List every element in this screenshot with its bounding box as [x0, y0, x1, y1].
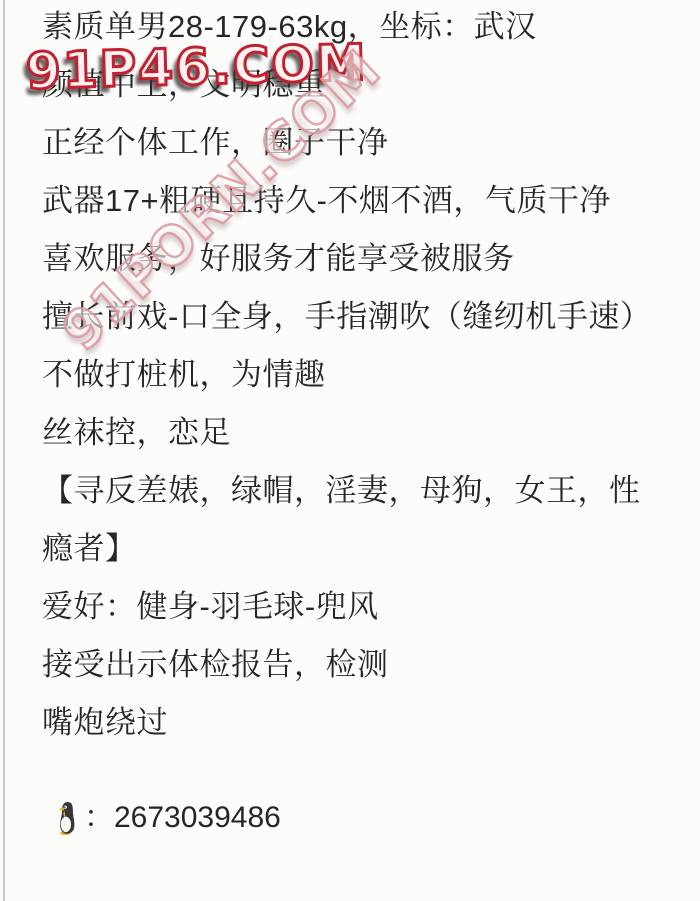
qq-separator: ：: [84, 791, 114, 845]
profile-line: 爱好：健身-羽毛球-兜风: [42, 580, 680, 634]
profile-line: 不做打桩机，为情趣: [42, 348, 680, 402]
profile-line: 【寻反差婊，绿帽，淫妻，母狗，女王，性: [42, 464, 680, 518]
profile-line: 丝袜控，恋足: [42, 406, 680, 460]
qq-penguin-icon: [56, 800, 78, 836]
qq-contact-row: ： 2673039486: [42, 791, 680, 845]
profile-post-screenshot: { "page": { "background": "#fcfcfa", "te…: [0, 0, 700, 901]
profile-line: 武器17+粗硬且持久-不烟不酒，气质干净: [42, 174, 680, 228]
profile-line: 瘾者】: [42, 522, 680, 576]
profile-line: 嘴炮绕过: [42, 696, 680, 750]
profile-line: 正经个体工作，圈子干净: [42, 116, 680, 170]
qq-number: 2673039486: [114, 791, 281, 845]
profile-text-block: 素质单男28-179-63kg，坐标：武汉 颜值中上，文明稳重 正经个体工作，圈…: [0, 0, 700, 845]
profile-line: 接受出示体检报告，检测: [42, 638, 680, 692]
